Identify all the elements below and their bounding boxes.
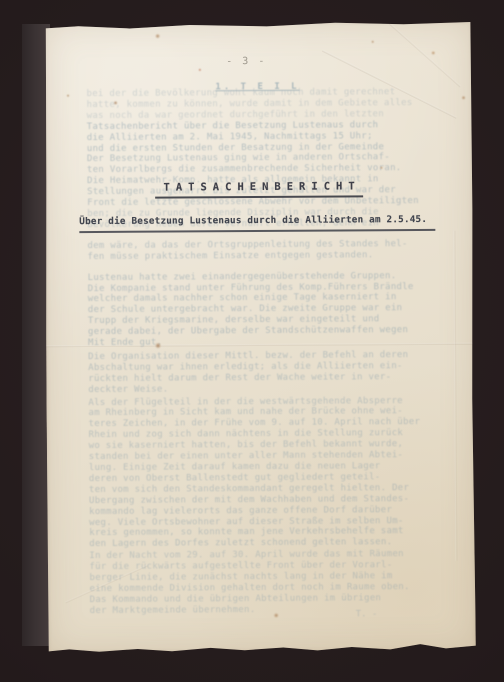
faded-text-line: deckter Weise. — [88, 383, 430, 396]
foxing-spot — [198, 68, 201, 71]
faded-paragraphs: bei der die Bevölkerung wohl kaum noch d… — [86, 81, 431, 617]
report-subtitle: Über die Besetzung Lustenaus durch die A… — [79, 214, 435, 233]
faded-paragraph: Als der Flügelteil in der die westwärtsg… — [88, 396, 431, 551]
faded-text-line: der Marktgemeinde übernehmen. — [90, 604, 432, 617]
faded-text-line: rückten hielt darum der Rest der Wache w… — [88, 372, 430, 385]
crease-line — [453, 231, 457, 561]
faded-paragraph: Lustenau hatte zwei einandergegenüberste… — [88, 271, 430, 349]
faded-paragraph: In der Nacht vom 29. auf 30. April wurde… — [89, 549, 431, 617]
faded-text-line: gerade dabei, der Übergabe der Standschü… — [88, 325, 430, 338]
foxing-spot — [155, 343, 161, 349]
page-number: - 3 - — [32, 55, 460, 69]
document-page: - 3 - 1. T E I L bei der die Bevölkerung… — [44, 21, 476, 654]
faded-paragraph: Die Organisation dieser Mittl. bezw. der… — [88, 350, 430, 396]
foxing-spot — [371, 40, 374, 43]
foxing-spot — [274, 613, 279, 618]
foxing-spot — [431, 51, 435, 55]
foxing-spot — [380, 166, 383, 169]
subheadline-row: Über die Besetzung Lustenaus durch die A… — [79, 214, 435, 233]
foxing-spot — [155, 34, 160, 39]
faded-text-block: 1. T E I L bei der die Bevölkerung wohl … — [86, 81, 431, 617]
faded-paragraph: Tatsachenbericht über die Besetzung Lust… — [87, 120, 429, 155]
foxing-spot — [462, 96, 466, 100]
faded-text-line: den Lagern des Dorfes zuletzt schonend g… — [89, 537, 431, 550]
headline-row: TATSACHENBERICHT — [45, 174, 473, 200]
faded-text-line: Das Kommando und die übrigen Abteilungen… — [90, 593, 432, 606]
photo-of-document: - 3 - 1. T E I L bei der die Bevölkerung… — [0, 0, 504, 682]
foxing-spot — [67, 94, 70, 97]
faded-text-line: Tatsachenbericht über die Besetzung Lust… — [87, 120, 429, 133]
faded-paragraph: dem wäre, da das der Ortsgruppenleitung … — [87, 239, 429, 263]
faded-text-line: Mit Ende gut. — [88, 336, 430, 349]
crease-line — [377, 13, 461, 88]
faded-text-line: dem wäre, da das der Ortsgruppenleitung … — [87, 239, 429, 252]
faded-text-line: fen müsse praktischem Einsatze entgegen … — [87, 250, 429, 263]
faded-initial-mark: T. - — [356, 609, 378, 619]
page-shadow-strip — [22, 24, 50, 646]
foxing-spot — [114, 101, 118, 105]
report-title: TATSACHENBERICHT — [155, 180, 362, 198]
faded-paragraph: bei der die Bevölkerung wohl kaum noch d… — [86, 87, 428, 122]
